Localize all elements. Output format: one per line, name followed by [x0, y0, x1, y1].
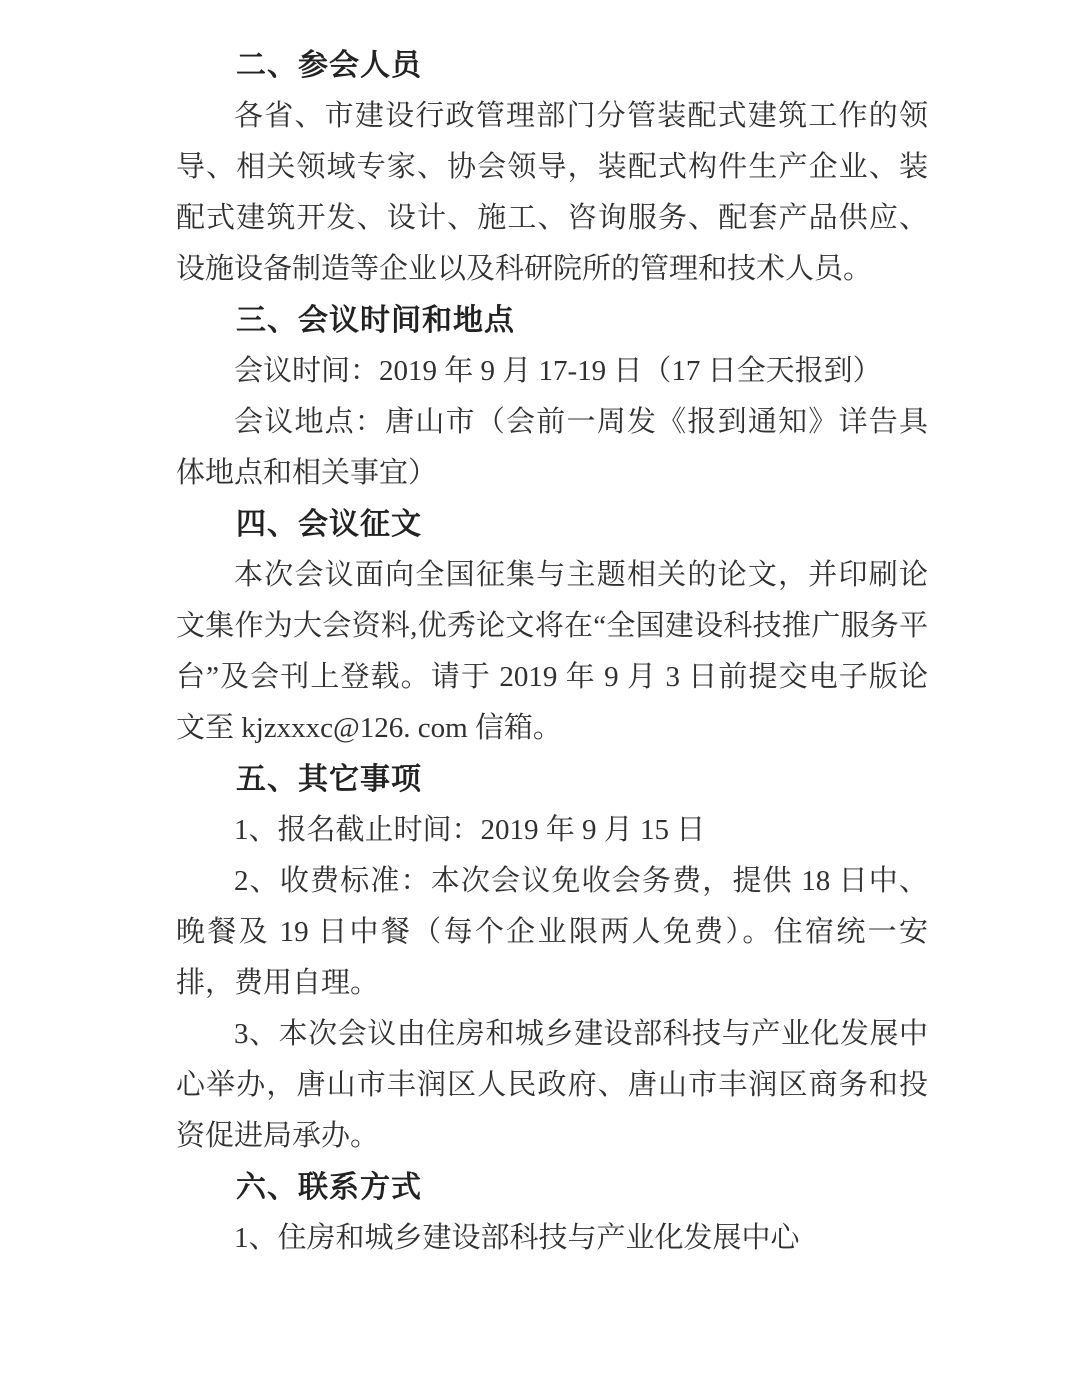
section-other-matters: 五、其它事项 1、报名截止时间：2019 年 9 月 15 日 2、收费标准：本…	[176, 754, 928, 1162]
paragraph: 各省、市建设行政管理部门分管装配式建筑工作的领导、相关领域专家、协会领导，装配式…	[176, 91, 928, 295]
paragraph-registration-deadline: 1、报名截止时间：2019 年 9 月 15 日	[176, 805, 928, 856]
section-heading: 五、其它事项	[176, 754, 928, 805]
section-heading: 六、联系方式	[176, 1162, 928, 1213]
paragraph-fees: 2、收费标准：本次会议免收会务费，提供 18 日中、晚餐及 19 日中餐（每个企…	[176, 856, 928, 1009]
section-contact: 六、联系方式 1、住房和城乡建设部科技与产业化发展中心	[176, 1162, 928, 1264]
section-heading: 二、参会人员	[176, 40, 928, 91]
document-page: 二、参会人员 各省、市建设行政管理部门分管装配式建筑工作的领导、相关领域专家、协…	[0, 0, 1080, 1398]
section-participants: 二、参会人员 各省、市建设行政管理部门分管装配式建筑工作的领导、相关领域专家、协…	[176, 40, 928, 295]
section-heading: 四、会议征文	[176, 499, 928, 550]
section-call-for-papers: 四、会议征文 本次会议面向全国征集与主题相关的论文，并印刷论文集作为大会资料,优…	[176, 499, 928, 754]
paragraph-meeting-place: 会议地点：唐山市（会前一周发《报到通知》详告具体地点和相关事宜）	[176, 397, 928, 499]
paragraph-organizers: 3、本次会议由住房和城乡建设部科技与产业化发展中心举办，唐山市丰润区人民政府、唐…	[176, 1009, 928, 1162]
section-heading: 三、会议时间和地点	[176, 295, 928, 346]
paragraph: 本次会议面向全国征集与主题相关的论文，并印刷论文集作为大会资料,优秀论文将在“全…	[176, 550, 928, 754]
paragraph-contact-org: 1、住房和城乡建设部科技与产业化发展中心	[176, 1213, 928, 1264]
paragraph-meeting-time: 会议时间：2019 年 9 月 17-19 日（17 日全天报到）	[176, 346, 928, 397]
section-time-location: 三、会议时间和地点 会议时间：2019 年 9 月 17-19 日（17 日全天…	[176, 295, 928, 499]
